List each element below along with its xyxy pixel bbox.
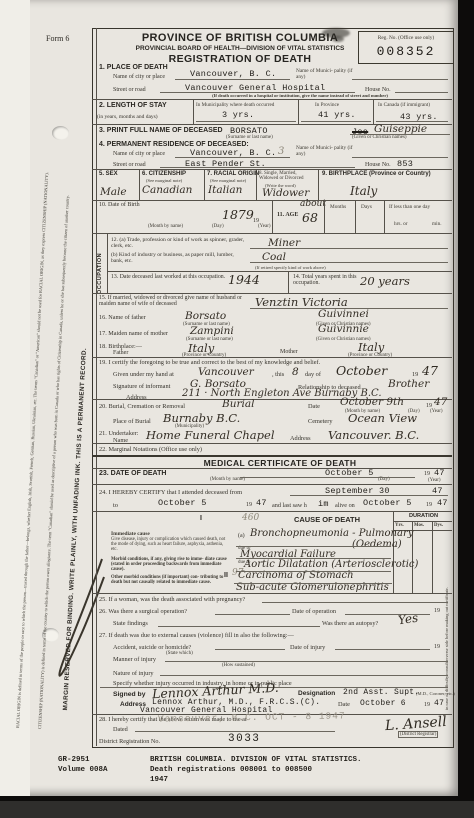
fill-line <box>160 167 355 168</box>
physician-date-label: Date <box>338 701 350 708</box>
f13-label: 13. Date deceased last worked at this oc… <box>111 274 226 280</box>
f28-dated-label: Dated <box>113 726 128 733</box>
f21-label: 21. Undertaker: <box>99 430 139 437</box>
f17-surname: Zampini <box>190 325 234 337</box>
rule <box>92 484 452 485</box>
f2-col2-value: 41 yrs. <box>318 110 356 120</box>
rule <box>92 169 452 170</box>
f4-pencil-mark: 3 <box>278 146 284 157</box>
cause-a-value1: Bronchopneumonia - Pulmonary <box>250 528 413 539</box>
f1-city-label: Name of city or place <box>113 74 165 80</box>
rule <box>92 593 452 594</box>
f24-to-label: to <box>113 502 118 509</box>
duration-title: DURATION <box>395 513 452 519</box>
f1-note: (If death occurred in a hospital or inst… <box>150 93 450 98</box>
f5-label: 5. SEX <box>99 171 118 177</box>
f18-father-label: Father <box>113 350 128 356</box>
fill-line <box>165 661 448 662</box>
sign-19: 19 <box>424 702 430 708</box>
fill-line <box>196 121 296 122</box>
form-inner-rule <box>96 28 97 746</box>
fill-line <box>335 649 430 650</box>
f24-y2: 47 <box>437 498 448 508</box>
f3-given-note: (Given or Christian names) <box>352 135 407 140</box>
f2-col1-value: 3 yrs. <box>222 110 254 120</box>
rule <box>92 99 452 100</box>
rule <box>92 233 452 234</box>
f20-cem-value: Ocean View <box>348 411 417 425</box>
f19-month-value: October <box>336 363 387 378</box>
fill-line <box>236 571 391 572</box>
f11-hrs-label: hrs. or <box>394 221 408 227</box>
f13-value: 1944 <box>228 272 260 287</box>
fill-line <box>215 614 290 615</box>
other-morbid-label: Other morbid conditions (if important) c… <box>111 575 229 585</box>
fill-line <box>160 675 448 676</box>
f4-city-label: Name of city or place <box>113 151 165 157</box>
rule <box>373 99 374 124</box>
rule <box>107 233 108 294</box>
f25-label: 25. If a woman, was the death associated… <box>99 596 245 603</box>
f7-note: (See marginal note) <box>210 178 246 183</box>
f20-value: Burial <box>222 398 254 410</box>
f18-label: 18. Birthplace:— <box>99 343 142 350</box>
signed-by-label: Signed by <box>113 691 145 698</box>
f20-date-value: October 9th <box>340 396 404 408</box>
f4-house-label: House No. <box>365 162 391 168</box>
f16-given: Guivinnei <box>318 308 369 320</box>
fill-line <box>290 495 448 496</box>
f1-city-value: Vancouver, B. C. <box>190 69 276 79</box>
f17-label: 17. Maiden name of mother <box>99 330 168 337</box>
f6-value: Canadian <box>142 184 192 196</box>
f10-month-note: (Month by name) <box>148 224 183 229</box>
f24-19a: 19 <box>246 502 252 508</box>
cause-pencil-460: 460 <box>242 513 259 523</box>
fill-line <box>262 602 448 603</box>
f2-sublabel: (in years, months and days) <box>97 114 158 120</box>
fill-line <box>175 157 290 158</box>
f18-mother-value: Italy <box>358 340 384 354</box>
f27-acc-note: (State which) <box>166 651 193 656</box>
f19-given-label: Given under my hand at <box>113 371 174 378</box>
f4-muni-label: Name of Munici- pality (if any) <box>296 145 354 157</box>
f10-year-note: (Year) <box>258 224 271 229</box>
f14-label: 14. Total years spent in this occupation… <box>293 274 363 286</box>
scanned-death-certificate: RACIAL ORIGIN is defined in terms of the… <box>0 0 474 818</box>
fill-line <box>175 79 290 80</box>
f16-surname: Borsato <box>185 310 226 322</box>
fill-line <box>376 121 448 122</box>
f20-year-value: 47 <box>434 396 447 408</box>
f8-label: 8. Single, Married, Widowed or Divorced <box>259 171 315 181</box>
form-number: Form 6 <box>46 34 69 43</box>
rule <box>107 271 452 272</box>
f24-alive: alive on <box>335 502 355 509</box>
f10-label: 10. Date of Birth <box>99 202 140 208</box>
rule <box>298 99 299 124</box>
fill-line <box>301 121 371 122</box>
f24-y1: 47 <box>256 498 267 508</box>
f2-col3-label: In Canada (if immigrant) <box>378 102 430 108</box>
fill-line <box>215 649 285 650</box>
f21-addr-value: Vancouver. B.C. <box>328 428 419 442</box>
fill-line <box>234 583 392 584</box>
designation-note: (M.D., Coroner, etc.) <box>416 691 455 696</box>
f11-about: about <box>300 199 326 209</box>
medical-title: MEDICAL CERTIFICATE OF DEATH <box>150 458 410 468</box>
rule <box>92 511 452 512</box>
f20-label: 20. Burial, Cremation or Removal <box>99 403 185 410</box>
rule <box>393 511 394 593</box>
rule <box>193 99 194 124</box>
f17-given: Guivinnie <box>318 323 369 335</box>
f8-value: Widower <box>262 187 309 199</box>
footer-range: Death registrations 008001 to 008500 <box>150 766 312 774</box>
f10-day-note: (Day) <box>212 224 224 229</box>
rule <box>355 200 356 233</box>
f3-label: 3. PRINT FULL NAME OF DECEASED <box>99 127 223 134</box>
duration-col-dys: Dys. <box>434 523 443 528</box>
cause-a-value2: (Oedema) <box>352 539 402 550</box>
f11-min-label: min. <box>432 221 442 227</box>
f4-label: 4. PERMANENT RESIDENCE OF DECEASED: <box>99 141 249 148</box>
f12-note: (If retired specify kind of work above) <box>255 265 326 270</box>
f19-place-value: Vancouver <box>198 366 254 378</box>
fill-line <box>352 157 448 158</box>
fill-line <box>240 477 415 478</box>
f24-saw: and last saw h <box>272 502 307 509</box>
f24-him: im <box>318 499 329 509</box>
f26-autopsy-value: Yes <box>397 611 419 628</box>
f9-value: Italy <box>350 184 377 198</box>
f23-19: 19 <box>424 471 430 477</box>
photo-bottom-band <box>0 801 474 818</box>
f16-label: 16. Name of father <box>99 314 146 321</box>
f26-dateop-label: Date of operation <box>292 608 336 615</box>
rule <box>204 169 205 200</box>
f18-mother-label: Mother <box>280 349 298 355</box>
rule <box>92 455 452 457</box>
f22-label: 22. Marginal Notations (Office use only) <box>99 446 202 453</box>
f6-note: (See marginal note) <box>146 178 182 183</box>
f23-year-note: (Year) <box>428 478 441 483</box>
f19-year-value: 47 <box>422 363 438 378</box>
fill-line <box>135 731 335 732</box>
immediate-cause-note: Give disease, injury or complication whi… <box>111 537 229 552</box>
f24-label: 24. I HEREBY CERTIFY that I attended dec… <box>99 489 242 496</box>
f2-col2-label: In Province <box>315 102 339 108</box>
f26-19: 19 <box>434 608 440 614</box>
fill-line <box>250 262 448 263</box>
f4-house-value: 853 <box>397 159 413 169</box>
f26-autopsy-label: Was there an autopsy? <box>322 620 378 627</box>
f1-label: 1. PLACE OF DEATH <box>99 64 168 71</box>
fill-line <box>236 558 391 559</box>
f2-col1-label: In Municipality where death occurred <box>196 102 274 108</box>
f23-label: 23. DATE OF DEATH <box>99 470 166 477</box>
rule <box>288 271 289 293</box>
f27-nature-label: Nature of injury <box>113 670 154 677</box>
f26-label: 26. Was there a surgical operation? <box>99 608 187 615</box>
cause-c-value: Aortic Dilatation (Arteriosclerotic) <box>244 559 418 570</box>
f9-label: 9. BIRTHPLACE (Province or Country) <box>322 171 431 177</box>
f24-to: October 5 <box>158 498 207 508</box>
f19-sig-label: Signature of informant <box>113 383 170 390</box>
f26-findings-label: State findings <box>113 620 148 627</box>
f20-date-label: Date <box>308 403 320 410</box>
f1-muni-label: Name of Munici- pality (if any) <box>296 68 354 80</box>
f1-street-label: Street or road <box>113 87 146 93</box>
occupation-side-label: OCCUPATION <box>97 236 103 294</box>
f2-label: 2. LENGTH OF STAY <box>99 102 167 109</box>
cause-roman-one: I <box>200 515 202 522</box>
f5-value: Male <box>100 186 127 198</box>
f27-manner-label: Manner of injury <box>113 656 156 663</box>
duration-col-mos: Mos. <box>414 523 424 528</box>
physician-date-value: October 6 <box>360 699 406 708</box>
rule <box>393 521 452 522</box>
f15-value: Venztin Victoria <box>255 295 348 309</box>
cause-title: CAUSE OF DEATH <box>262 515 392 524</box>
morbid-label: Morbid conditions, if any, giving rise t… <box>111 557 229 572</box>
f3-surname-note: (Surname or last name) <box>226 135 273 140</box>
district-regno-label: District Registration No. <box>99 738 160 745</box>
f20-place-label: Place of Burial <box>113 418 151 425</box>
rule <box>324 200 325 233</box>
footer-title: BRITISH COLUMBIA. DIVISION OF VITAL STAT… <box>150 756 362 764</box>
f27-manner-note: (How sustained) <box>222 663 255 668</box>
designation-value: 2nd Asst. Supt. <box>343 688 420 697</box>
f27-label: 27. If death was due to external causes … <box>99 632 294 639</box>
f19-19: 19 <box>412 371 418 378</box>
f20-cem-label: Cemetery <box>308 418 332 425</box>
rule <box>92 443 452 444</box>
f23-year: 47 <box>434 468 445 478</box>
f12-label-a: 12. (a) Trade, profession or kind of wor… <box>111 237 246 249</box>
f19-day-value: 8 <box>292 366 299 378</box>
district-regno-value: 3033 <box>228 733 260 745</box>
f20-year-note: (Year) <box>430 409 443 414</box>
footer-gr-number: GR-2951 <box>58 756 90 764</box>
f11-less-label: If less than one day <box>389 204 430 210</box>
f6-label: 6. CITIZENSHIP <box>142 171 186 177</box>
rule <box>92 468 452 469</box>
rule <box>92 357 452 358</box>
rule <box>272 200 273 233</box>
cause-a-label: (a) <box>238 533 245 539</box>
f11-label: 11. AGE <box>277 212 298 218</box>
f19-this-label: , this <box>272 371 284 378</box>
f12-label-b: (b) Kind of industry or business, as pap… <box>111 252 246 264</box>
fill-line <box>250 248 448 249</box>
fill-line <box>350 134 450 135</box>
physician-date-year: 47 <box>434 699 444 708</box>
footer-volume: Volume 008A <box>58 766 108 774</box>
f10-year-value: 1879 <box>222 207 254 222</box>
f4-street-label: Street or road <box>113 162 146 168</box>
rule <box>92 293 452 294</box>
f19-rel-value: Brother <box>388 378 429 390</box>
fill-line <box>352 79 448 80</box>
f27-19: 19 <box>434 644 440 650</box>
f7-label: 7. RACIAL ORIGIN <box>207 171 259 177</box>
f21-addr-label: Address <box>290 435 311 442</box>
f27-acc-label: Accident, suicide or homicide? <box>113 644 191 651</box>
district-registrar-note: (District Registrar) <box>398 731 438 738</box>
f20-place-value: Burnaby B.C. <box>163 411 240 425</box>
footer-year: 1947 <box>150 776 168 784</box>
f19-dayof-label: day of <box>305 371 321 378</box>
f11-value: 68 <box>302 210 318 225</box>
rule <box>432 521 433 593</box>
f24-19b: 19 <box>426 502 432 508</box>
f14-value: 20 years <box>360 274 410 288</box>
f7-value: Italian <box>208 184 242 196</box>
rule <box>139 169 140 200</box>
f11-months-label: Months <box>330 204 346 210</box>
f15-label: 15. If married, widowed or divorced give… <box>99 295 249 307</box>
f24-alive-value: October 5 <box>363 498 412 508</box>
rule <box>384 200 385 233</box>
designation-label: Designation <box>298 690 335 697</box>
f11-days-label: Days <box>361 204 372 210</box>
f19-certify: 19. I certify the foregoing to be true a… <box>99 359 320 366</box>
rule <box>318 169 319 200</box>
f27-dateinj-label: Date of injury <box>290 644 325 651</box>
f21-name-value: Home Funeral Chapel <box>146 428 275 442</box>
fill-line <box>158 626 320 627</box>
fill-line <box>236 546 391 547</box>
